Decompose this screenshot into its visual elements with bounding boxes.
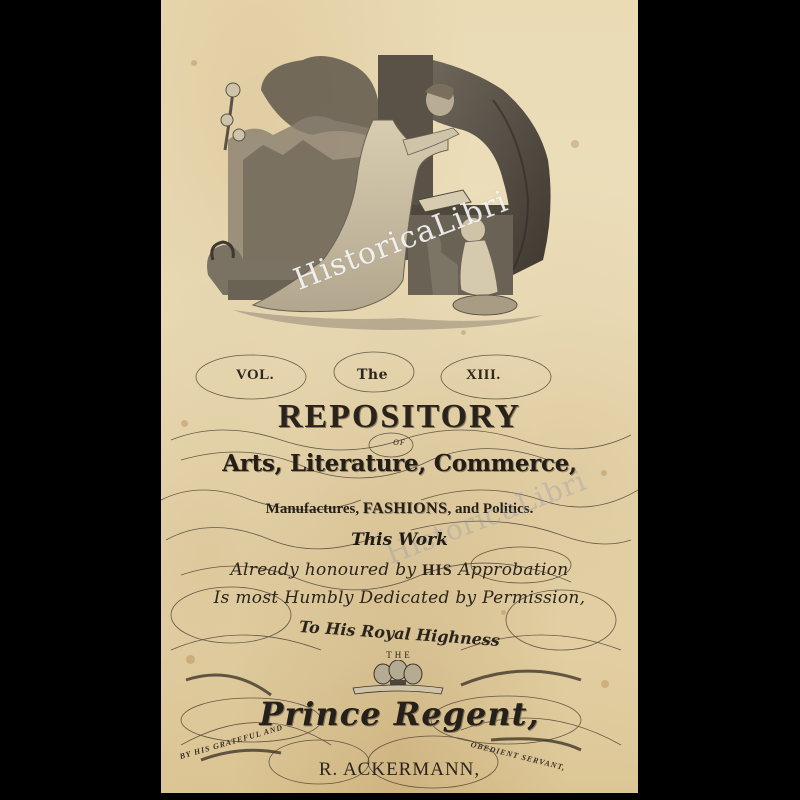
approbation-pre: Already honoured by xyxy=(230,560,422,580)
his-text: HIS xyxy=(422,562,453,579)
fashions-text: FASHIONS xyxy=(363,500,448,517)
manufactures-text: Manufactures, xyxy=(266,501,363,517)
foxing-spot xyxy=(601,680,609,688)
title-page: HistoricaLibri xyxy=(161,0,638,793)
prince-of-wales-feathers-icon xyxy=(343,660,453,700)
vol-label: VOL. xyxy=(236,367,274,384)
volume-number: XIII. xyxy=(466,367,501,384)
foxing-spot xyxy=(461,330,466,335)
title: REPOSITORY xyxy=(161,398,638,436)
vignette-engraving xyxy=(203,30,603,330)
publisher-name: R. ACKERMANN, xyxy=(161,759,638,781)
foxing-spot xyxy=(501,610,506,615)
prince-regent: Prince Regent, xyxy=(161,695,638,733)
of-label: OF xyxy=(161,438,638,447)
the-label-2: THE xyxy=(161,650,638,660)
foxing-spot xyxy=(191,60,197,66)
volume-header: VOL. The XIII. xyxy=(161,367,638,387)
this-work: This Work xyxy=(161,530,638,550)
dedication-line: Is most Humbly Dedicated by Permission, xyxy=(161,588,638,608)
approbation-post: Approbation xyxy=(453,560,569,580)
the-label: The xyxy=(357,367,388,383)
approbation-line: Already honoured by HIS Approbation xyxy=(161,560,638,580)
